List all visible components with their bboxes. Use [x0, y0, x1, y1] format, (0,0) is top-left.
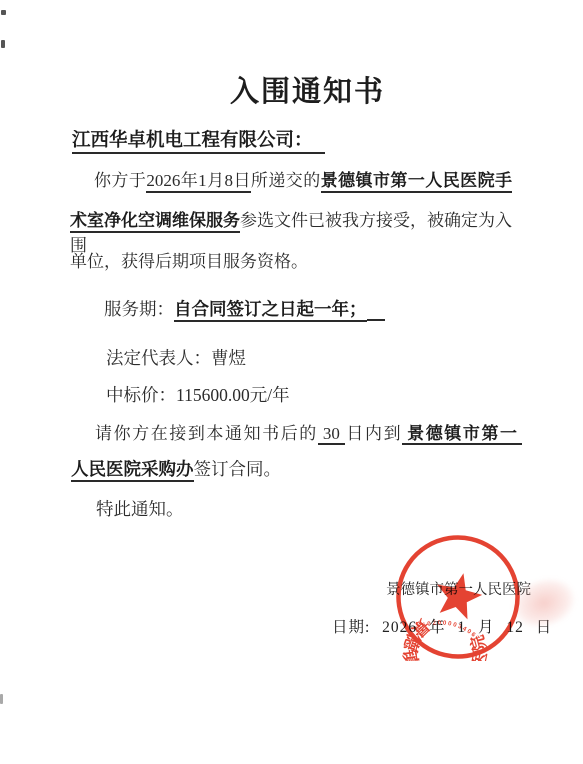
scan-artifact-speck — [1, 40, 5, 48]
project-name-part-2: 术室净化空调维保服务 — [70, 211, 240, 233]
deadline-days: 30 — [318, 424, 345, 445]
closing-line: 特此通知。 — [96, 496, 184, 521]
body-paragraph-line-3: 单位，获得后期项目服务资格。 — [70, 247, 308, 272]
contract-place-part-2: 人民医院采购办 — [71, 459, 194, 482]
body-text: 日内到 — [345, 424, 402, 443]
contract-place-part-1: 景德镇市第一 — [402, 424, 522, 445]
submission-date: 2026年1月8日 — [146, 171, 251, 193]
service-period-line: 服务期：自合同签订之日起一年； — [104, 296, 385, 321]
scanned-notice-document: 入围通知书 江西华卓机电工程有限公司： 你方于2026年1月8日所递交的景德镇市… — [0, 0, 583, 764]
bid-price-line: 中标价：115600.00元/年 — [106, 382, 290, 407]
body-text: 签订合同。 — [194, 459, 282, 479]
recipient-name: 江西华卓机电工程有限公司： — [72, 131, 325, 154]
scan-artifact-speck — [1, 10, 6, 15]
project-name-part-1: 景德镇市第一人民医院手 — [321, 171, 512, 193]
body-paragraph-line-1: 你方于2026年1月8日所递交的景德镇市第一人民医院手 — [72, 166, 512, 191]
official-seal-stamp: 景德镇市第一人民医院 3602000034067 — [394, 533, 522, 661]
underline-tail — [367, 302, 385, 321]
document-title: 入围通知书 — [16, 69, 583, 110]
deadline-line-2: 人民医院采购办签订合同。 — [71, 456, 281, 481]
deadline-line-1: 请你方在接到本通知书后的30日内到景德镇市第一 — [95, 419, 522, 444]
body-text: 请你方在接到本通知书后的 — [95, 424, 318, 443]
scan-artifact-speck — [0, 694, 3, 704]
body-text: 所递交的 — [251, 171, 321, 190]
service-period-label: 服务期： — [104, 299, 174, 319]
legal-representative-line: 法定代表人：曹煜 — [106, 345, 246, 370]
seal-star-icon — [431, 568, 486, 621]
recipient-line: 江西华卓机电工程有限公司： — [72, 126, 325, 152]
body-text: 你方于 — [94, 171, 146, 190]
service-period-value: 自合同签订之日起一年； — [174, 299, 367, 322]
